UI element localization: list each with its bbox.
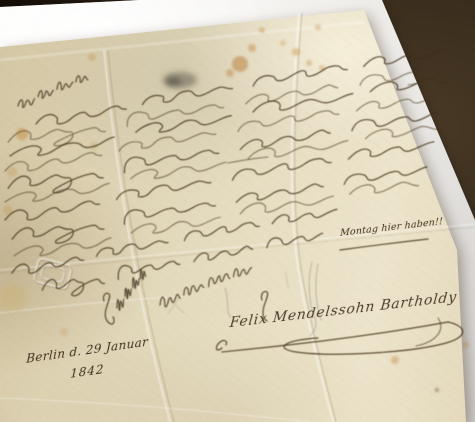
foxing-stain <box>435 388 439 392</box>
foxing-stain <box>226 69 234 77</box>
foxing-stain <box>292 48 300 56</box>
foxing-stain <box>463 342 469 348</box>
handwriting-line <box>16 75 90 108</box>
foxing-stain <box>60 328 68 336</box>
handwriting-line <box>2 94 448 174</box>
foxing-stain <box>315 24 321 30</box>
handwriting-line <box>5 67 451 151</box>
foxing-stain <box>391 356 399 364</box>
foxing-stain <box>88 53 96 61</box>
underline-stroke <box>340 239 428 250</box>
foxing-stains <box>3 24 469 392</box>
foxing-stain <box>7 167 17 177</box>
closing-initial <box>103 293 114 324</box>
foxing-stain <box>248 44 256 52</box>
handwriting-line <box>10 179 421 258</box>
foxing-stain <box>306 60 312 66</box>
foxing-stain <box>280 40 286 46</box>
foxing-stain <box>232 56 248 72</box>
blind-embossed-seal <box>33 257 73 290</box>
fold-creases <box>0 13 474 422</box>
photo-frame: Montag hier haben!! Felix Mendelssohn Ba… <box>0 0 475 422</box>
handwriting-line <box>157 267 255 307</box>
foxing-stain <box>259 27 265 33</box>
handwriting-line <box>5 112 442 198</box>
underline-stroke <box>228 157 268 163</box>
ink-smudge <box>165 77 181 87</box>
foxing-stain <box>16 128 28 140</box>
